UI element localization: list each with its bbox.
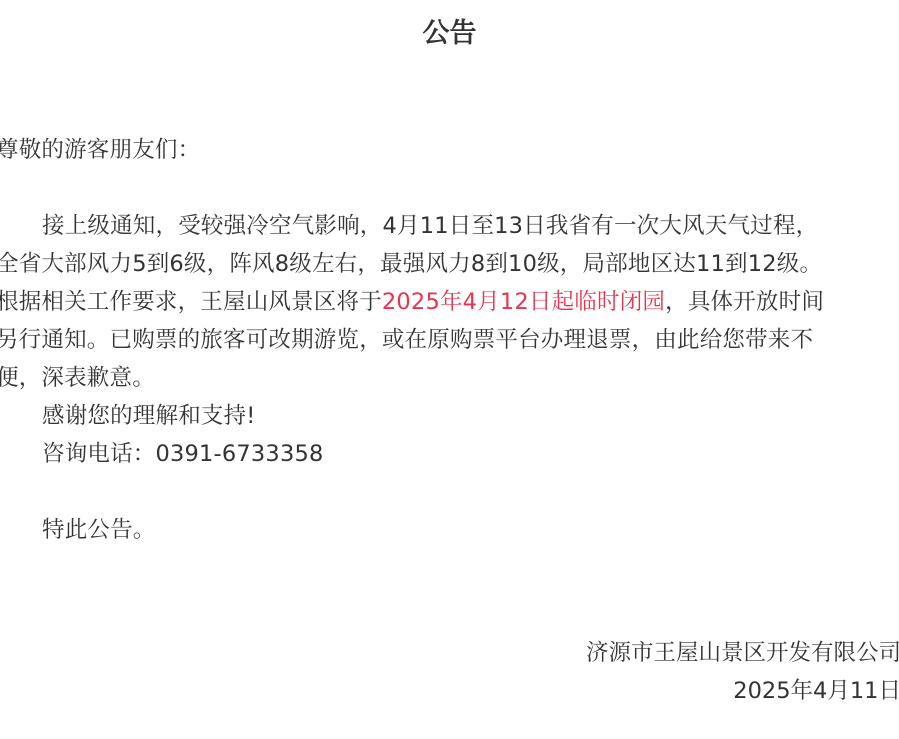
notice-content: 尊敬的游客朋友们： 接上级通知，受较强冷空气影响，4月11日至13日我省有一次大… bbox=[0, 131, 899, 549]
closing-text: 特此公告。 bbox=[0, 511, 899, 549]
spacer bbox=[0, 473, 899, 511]
body-line-2: 全省大部风力5到6级，阵风8级左右，最强风力8到10级，局部地区达11到12级。 bbox=[0, 245, 899, 283]
notice-title: 公告 bbox=[0, 14, 899, 54]
body-line-3-end: ，具体开放时间 bbox=[665, 289, 824, 315]
body-line-1: 接上级通知，受较强冷空气影响，4月11日至13日我省有一次大风天气过程， bbox=[0, 207, 899, 245]
body-line-4: 另行通知。已购票的旅客可改期游览，或在原购票平台办理退票，由此给您带来不 bbox=[0, 321, 899, 359]
body-line-5: 便，深表歉意。 bbox=[0, 359, 899, 397]
body-line-3-start: 根据相关工作要求，王屋山风景区将于 bbox=[0, 289, 382, 315]
closure-date-highlight: 2025年4月12日起临时闭园 bbox=[382, 289, 665, 315]
thanks-text: 感谢您的理解和支持! bbox=[0, 397, 899, 435]
greeting: 尊敬的游客朋友们： bbox=[0, 131, 899, 169]
signature-date: 2025年4月11日 bbox=[586, 672, 899, 710]
signature-block: 济源市王屋山景区开发有限公司 2025年4月11日 bbox=[586, 634, 899, 710]
hotline-text: 咨询电话：0391-6733358 bbox=[0, 435, 899, 473]
signature-organization: 济源市王屋山景区开发有限公司 bbox=[586, 634, 899, 672]
body-line-3: 根据相关工作要求，王屋山风景区将于2025年4月12日起临时闭园，具体开放时间 bbox=[0, 283, 899, 321]
notice-body: 接上级通知，受较强冷空气影响，4月11日至13日我省有一次大风天气过程， 全省大… bbox=[0, 207, 899, 549]
